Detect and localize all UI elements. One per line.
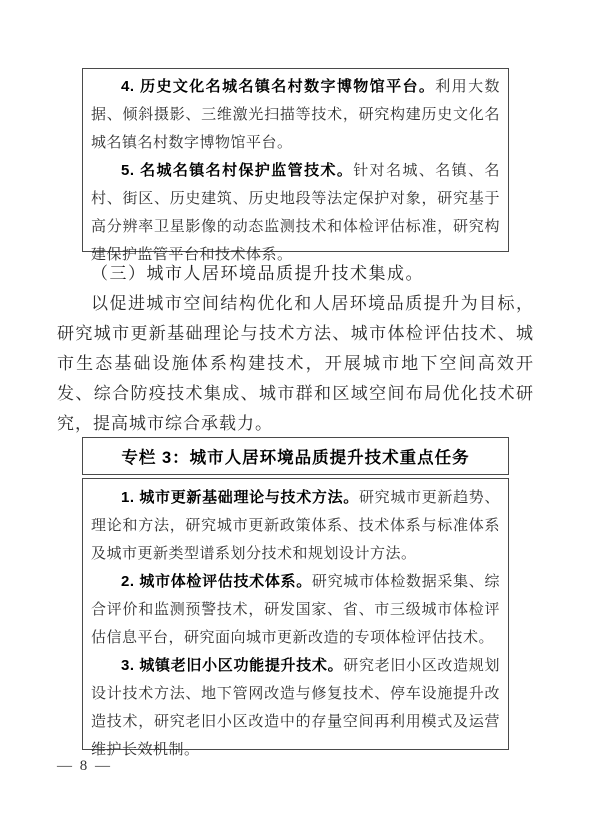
box-item-2-lead: 2. 城市体检评估技术体系。	[121, 573, 312, 590]
box-item-4: 4. 历史文化名城名镇名村数字博物馆平台。利用大数据、倾斜摄影、三维激光扫描等技…	[91, 73, 500, 157]
highlight-box-heritage-tasks: 4. 历史文化名城名镇名村数字博物馆平台。利用大数据、倾斜摄影、三维激光扫描等技…	[82, 68, 509, 252]
highlight-box-column3-tasks: 1. 城市更新基础理论与技术方法。研究城市更新趋势、理论和方法，研究城市更新政策…	[82, 478, 509, 750]
page-number: — 8 —	[57, 758, 112, 775]
box-item-5: 5. 名城名镇名村保护监管技术。针对名城、名镇、名村、街区、历史建筑、历史地段等…	[91, 157, 500, 269]
box-item-3-lead: 3. 城镇老旧小区功能提升技术。	[121, 657, 343, 674]
box-item-2: 2. 城市体检评估技术体系。研究城市体检数据采集、综合评价和监测预警技术，研发国…	[91, 568, 500, 652]
column3-title-box: 专栏 3：城市人居环境品质提升技术重点任务	[82, 437, 509, 475]
box-item-5-lead: 5. 名城名镇名村保护监管技术。	[121, 162, 353, 179]
box-item-4-lead: 4. 历史文化名城名镇名村数字博物馆平台。	[121, 78, 435, 95]
section-paragraph: 以促进城市空间结构优化和人居环境品质提升为目标，研究城市更新基础理论与技术方法、…	[57, 289, 534, 439]
box-item-1-lead: 1. 城市更新基础理论与技术方法。	[121, 489, 359, 506]
box-item-1: 1. 城市更新基础理论与技术方法。研究城市更新趋势、理论和方法，研究城市更新政策…	[91, 484, 500, 568]
box-item-3: 3. 城镇老旧小区功能提升技术。研究老旧小区改造规划设计技术方法、地下管网改造与…	[91, 652, 500, 764]
document-page: 4. 历史文化名城名镇名村数字博物馆平台。利用大数据、倾斜摄影、三维激光扫描等技…	[0, 0, 594, 838]
section-heading: （三）城市人居环境品质提升技术集成。	[57, 259, 535, 289]
column3-title: 专栏 3：城市人居环境品质提升技术重点任务	[121, 444, 469, 468]
